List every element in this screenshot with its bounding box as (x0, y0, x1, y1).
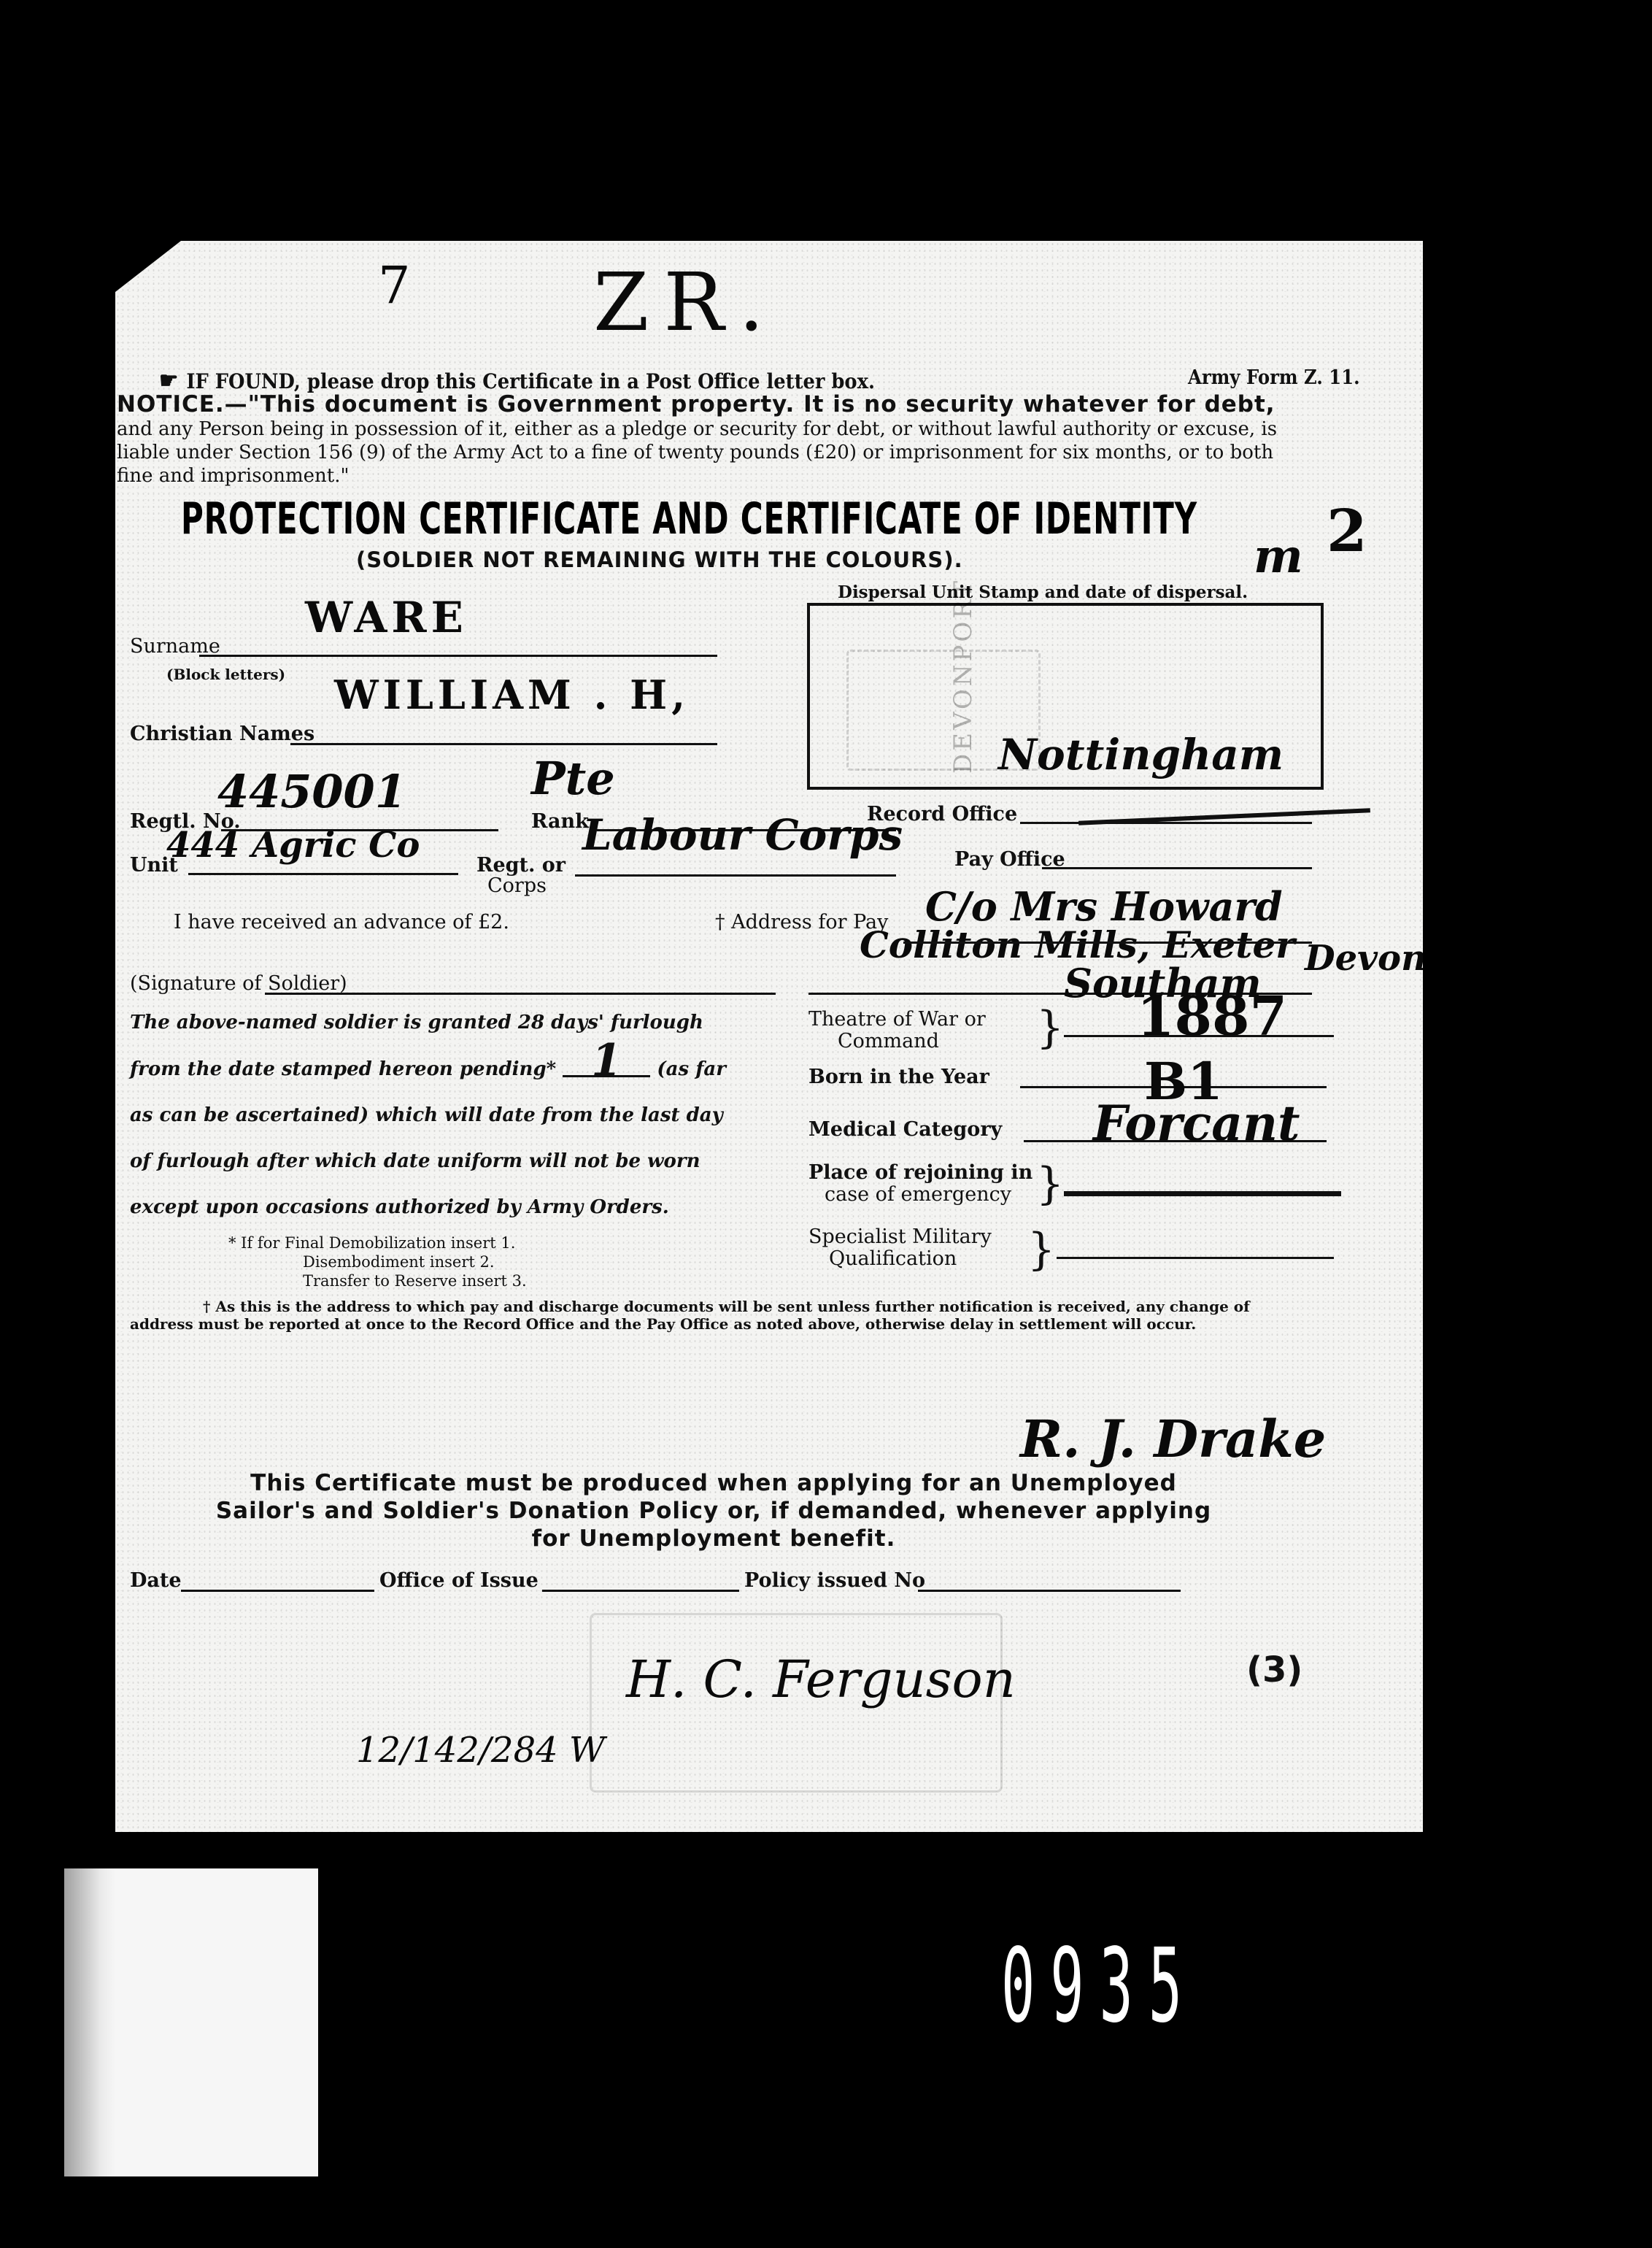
theatre-of-war-label: Theatre of War or Command (808, 1009, 986, 1052)
rejoining-brace: } (1036, 1162, 1064, 1206)
medical-category-label: Medical Category (808, 1118, 1002, 1141)
produce-notice: This Certificate must be produced when a… (115, 1469, 1312, 1552)
policy-issued-label: Policy issued No (744, 1569, 925, 1592)
rank-value: Pte (531, 752, 615, 805)
regtl-no-value: 445001 (217, 765, 406, 818)
christian-names-label: Christian Names (130, 723, 314, 745)
born-year-value: 1887 (1137, 985, 1287, 1048)
pointing-hand-icon: ☛ (159, 366, 178, 394)
regt-or-corps-line (575, 874, 896, 877)
dispersal-stamp: DEVONPORT (949, 635, 985, 774)
signature-of-soldier-label: (Signature of Soldier) (130, 972, 347, 995)
reference-number: 12/142/284 W (356, 1730, 605, 1771)
born-in-year-label: Born in the Year (808, 1066, 989, 1088)
officer-signature: R. J. Drake (1020, 1409, 1326, 1469)
policy-issued-line (918, 1590, 1181, 1592)
office-of-issue-line (542, 1590, 739, 1592)
paper-slip (64, 1868, 318, 2176)
frame-counter: 0935 (1001, 1927, 1197, 2046)
copy-number: (3) (1246, 1650, 1302, 1690)
second-signature: H. C. Ferguson (626, 1650, 1016, 1709)
place-of-rejoining-line (1064, 1191, 1341, 1196)
margin-number: 2 (1327, 496, 1367, 565)
unit-value: 444 Agric Co (166, 825, 420, 866)
signature-of-soldier-line (265, 993, 776, 995)
notice-paragraph: NOTICE.—"This document is Government pro… (117, 393, 1284, 488)
specialist-brace: } (1027, 1228, 1055, 1271)
margin-scribble: 7 (378, 255, 411, 315)
date-line (181, 1590, 374, 1592)
margin-initial: m (1254, 529, 1303, 584)
date-label: Date (130, 1569, 182, 1592)
address-footnote: † As this is the address to which pay an… (130, 1298, 1297, 1333)
furlough-paragraph: The above-named soldier is granted 28 da… (130, 1000, 860, 1231)
if-found-instruction: ☛IF FOUND, please drop this Certificate … (159, 366, 875, 394)
margin-code: ZR. (593, 255, 779, 349)
document-subtitle: (SOLDIER NOT REMAINING WITH THE COLOURS)… (356, 547, 963, 572)
theatre-brace: } (1036, 1006, 1064, 1050)
surname-line (199, 655, 717, 657)
record-office-value: Nottingham (998, 730, 1284, 780)
specialist-qualification-label: Specialist Military Qualification (808, 1226, 992, 1270)
unit-label: Unit (130, 854, 178, 877)
pending-value: 1 (563, 1046, 650, 1077)
rank-label: Rank (531, 810, 589, 833)
office-of-issue-label: Office of Issue (379, 1569, 539, 1592)
place-of-rejoining-label: Place of rejoining in case of emergency (808, 1162, 1032, 1206)
place-of-rejoining-value: Forcant (1093, 1095, 1300, 1152)
stamp-box-label: Dispersal Unit Stamp and date of dispers… (838, 582, 1248, 602)
document-title: PROTECTION CERTIFICATE AND CERTIFICATE O… (181, 493, 1197, 544)
christian-names-value: WILLIAM . H, (334, 671, 690, 718)
specialist-qualification-line (1057, 1257, 1334, 1259)
certificate-document: 7 ZR. 2 m ☛IF FOUND, please drop this Ce… (115, 241, 1423, 1832)
address-county: Devon (1305, 938, 1427, 979)
address-line-rule-1 (903, 942, 1312, 944)
regt-or-corps-label: Regt. or (476, 854, 566, 877)
form-number: Army Form Z. 11. (1188, 366, 1360, 389)
regt-or-corps-label2: Corps (487, 874, 547, 897)
christian-names-line (290, 743, 717, 745)
furlough-footnotes: * If for Final Demobilization insert 1. … (228, 1233, 527, 1290)
surname-sublabel: (Block letters) (166, 666, 285, 683)
pay-office-line (1042, 867, 1312, 869)
record-office-line (1020, 822, 1312, 824)
unit-line (188, 873, 458, 875)
advance-statement: I have received an advance of £2. (174, 911, 509, 934)
regt-or-corps-value: Labour Corps (582, 810, 903, 860)
surname-value: WARE (305, 593, 468, 642)
